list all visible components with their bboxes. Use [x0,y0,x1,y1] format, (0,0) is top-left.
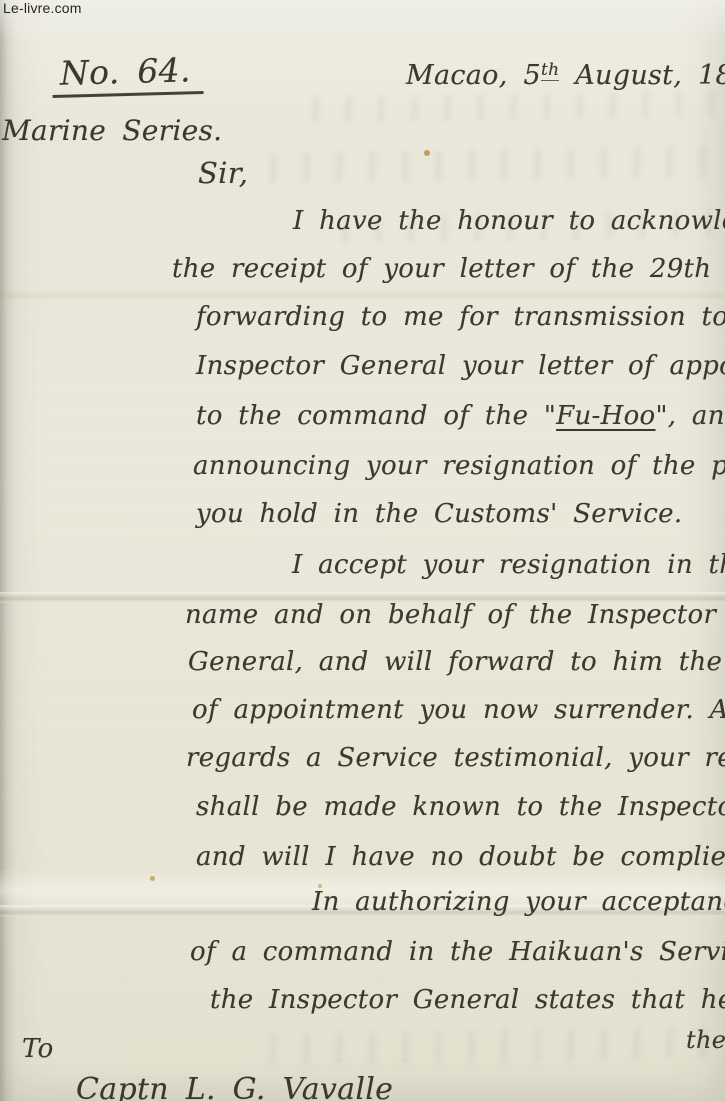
site-watermark: Le-livre.com [3,1,82,16]
underlined-ship-name: Fu-Hoo [556,401,655,431]
body-line-2: the receipt of your letter of the 29th i… [172,254,725,284]
body-line-5: to the command of the "Fu-Hoo", and — [196,401,725,431]
body-line-16: of a command in the Haikuan's Service, [190,937,725,967]
document-number: No. 64. [51,50,203,98]
body-line-4: Inspector General your letter of appoint… [196,351,725,381]
body-line-17: the Inspector General states that he con… [210,985,725,1015]
series-label: Marine Series. [2,114,222,147]
paper-crease-upper [0,291,725,300]
body-line-14: and will I have no doubt be complied wit… [196,842,725,872]
footer-catchword: the [686,1026,725,1054]
body-line-10: General, and will forward to him the let… [188,647,725,677]
body-line-9: name and on behalf of the Inspector — [185,600,725,630]
ink-bleedthrough-smudge [258,146,718,184]
body-line-7: you hold in the Customs' Service. [196,499,682,529]
dateline-place-day: Macao, 5 [406,60,541,91]
paper-top-highlight [0,0,725,42]
dateline-rest: August, 1871 [559,60,725,91]
body-line-15: In authorizing your acceptance [312,887,725,917]
body-line-8: I accept your resignation in the [292,550,725,580]
scanned-letter-page: Le-livre.com No. 64. Macao, 5th August, … [0,0,725,1101]
ink-bleedthrough-smudge [300,90,720,123]
footer-addressee: Captn L. G. Vavalle [76,1072,393,1101]
body-line-11: of appointment you now surrender. As — [192,695,725,725]
footer-to-label: To [22,1034,54,1064]
dateline-ordinal: th [541,60,559,81]
body-line-3: forwarding to me for transmission to the [196,302,725,332]
body-line-13: shall be made known to the Inspector Gen… [196,792,725,822]
rust-stain-dot [150,876,155,881]
body-line-6: announcing your resignation of the post [193,451,725,481]
salutation: Sir, [198,156,248,190]
rust-stain-dot [424,150,430,156]
dateline: Macao, 5th August, 1871 [406,60,725,91]
body-line-12: regards a Service testimonial, your requ… [186,743,725,773]
body-line-1: I have the honour to acknowledge [293,206,725,236]
ink-bleedthrough-smudge [258,1026,708,1066]
